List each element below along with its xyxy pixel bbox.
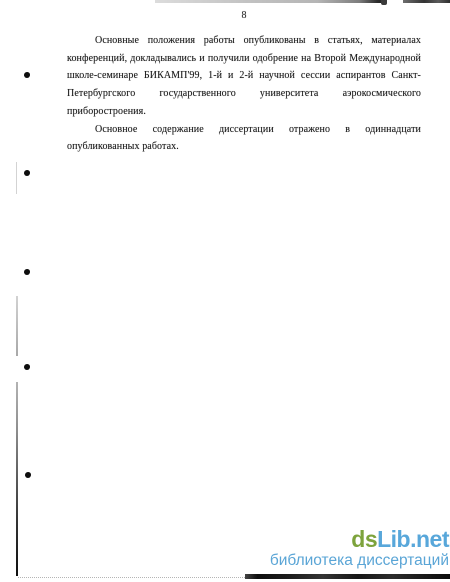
perforation-dotted-line bbox=[18, 577, 247, 578]
dslib-logo[interactable]: dsLib.net bbox=[270, 528, 449, 551]
ink-dot-artifact bbox=[24, 170, 30, 176]
fold-line-artifact-middle bbox=[16, 296, 18, 356]
fold-line-artifact-lower bbox=[16, 382, 18, 576]
fold-line-artifact-upper bbox=[16, 162, 17, 194]
ink-dot-artifact bbox=[24, 269, 30, 275]
scan-edge-bar-bottom bbox=[245, 574, 450, 579]
text-line: Петербургского государственного универси… bbox=[67, 85, 421, 103]
text-line: приборостроения. bbox=[67, 103, 421, 121]
dslib-tagline: библиотека диссертаций bbox=[270, 552, 449, 569]
text-line: Основное содержание диссертации отражено… bbox=[67, 121, 421, 139]
scanned-document-page: 8 Основные положения работы опубликованы… bbox=[0, 0, 450, 582]
text-line: Основные положения работы опубликованы в… bbox=[67, 32, 421, 50]
paragraph-lines: Основные положения работы опубликованы в… bbox=[67, 32, 421, 156]
ink-dot-artifact bbox=[24, 364, 30, 370]
scan-edge-strip-top-left bbox=[155, 0, 387, 3]
dslib-logo-suffix: Lib.net bbox=[377, 526, 449, 552]
text-line: школе-семинаре БИКАМП'99, 1-й и 2-й науч… bbox=[67, 67, 421, 85]
text-line: конференций, докладывались и получили од… bbox=[67, 50, 421, 68]
ink-dot-artifact bbox=[24, 72, 30, 78]
page-number: 8 bbox=[67, 8, 421, 24]
text-line: опубликованных работах. bbox=[67, 138, 421, 156]
dslib-logo-prefix: ds bbox=[351, 526, 377, 552]
dslib-watermark[interactable]: dsLib.net библиотека диссертаций bbox=[270, 528, 449, 569]
text-block: 8 Основные положения работы опубликованы… bbox=[67, 8, 421, 156]
scan-edge-strip-top-right bbox=[403, 0, 450, 3]
scan-edge-blob bbox=[381, 0, 387, 5]
ink-dot-artifact bbox=[25, 472, 31, 478]
